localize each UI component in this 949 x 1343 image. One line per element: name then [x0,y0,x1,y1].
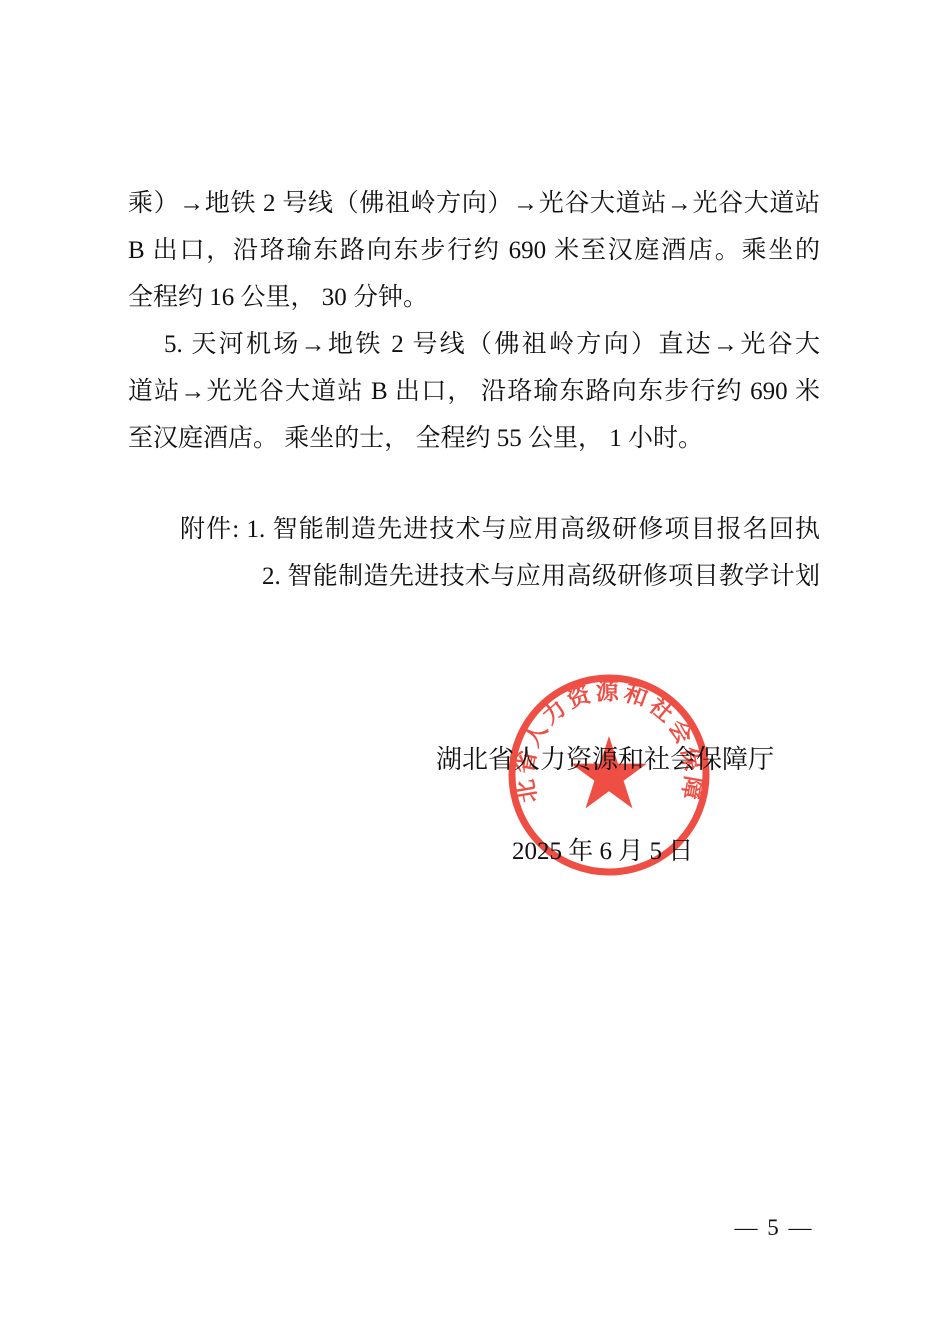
body-line: 全程约 16 公里， 30 分钟。 [128,274,820,321]
body-text: 乘）→地铁 2 号线（佛祖岭方向）→光谷大道站→光谷大道站 B 出口，沿珞瑜东路… [128,180,820,462]
issuing-agency-signature: 湖北省人力资源和社会保障厅 [436,742,774,778]
attachment-line-1: 附件: 1. 智能制造先进技术与应用高级研修项目报名回执 [128,506,820,553]
body-line: 道站→光光谷大道站 B 出口， 沿珞瑜东路向东步行约 690 米 [128,368,820,415]
issue-date: 2025 年 6 月 5 日 [512,836,693,868]
body-line-item-5: 5. 天河机场→地铁 2 号线（佛祖岭方向）直达→光谷大 [128,321,820,368]
page-number: — 5 — [722,1214,826,1242]
document-page: 乘）→地铁 2 号线（佛祖岭方向）→光谷大道站→光谷大道站 B 出口，沿珞瑜东路… [0,0,949,1343]
body-line: B 出口，沿珞瑜东路向东步行约 690 米至汉庭酒店。乘坐的士， [128,227,820,274]
body-line: 至汉庭酒店。 乘坐的士， 全程约 55 公里， 1 小时。 [128,415,820,462]
attachment-line-2: 2. 智能制造先进技术与应用高级研修项目教学计划 [128,553,820,600]
body-line: 乘）→地铁 2 号线（佛祖岭方向）→光谷大道站→光谷大道站 [128,180,820,227]
attachments-list: 附件: 1. 智能制造先进技术与应用高级研修项目报名回执 2. 智能制造先进技术… [128,506,820,600]
